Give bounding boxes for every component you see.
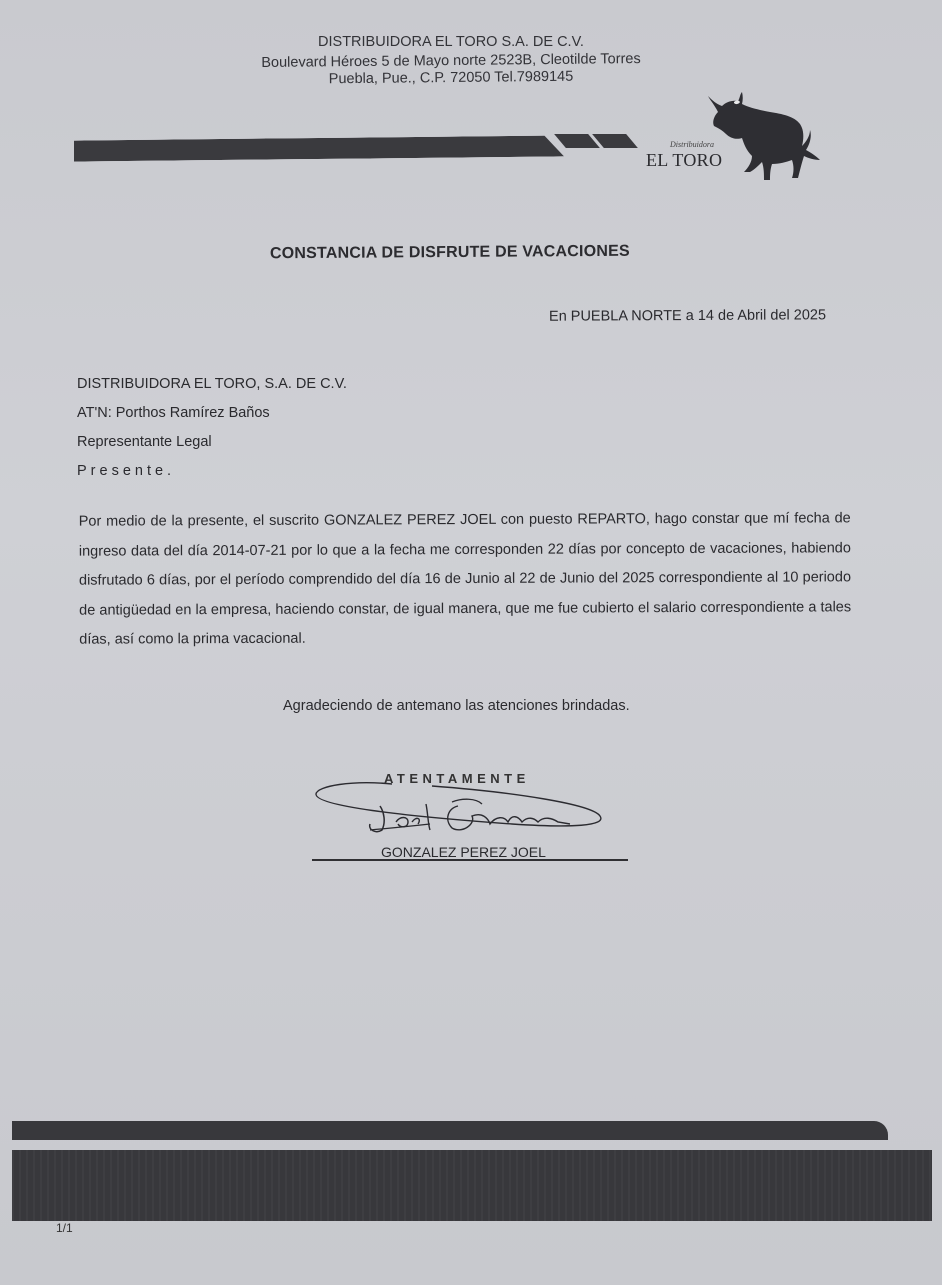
signature-salutation: ATENTAMENTE bbox=[384, 771, 530, 786]
body-paragraph: Por medio de la presente, el suscrito GO… bbox=[79, 504, 852, 655]
page-number: 1/1 bbox=[56, 1221, 73, 1235]
addressee-greeting: Presente. bbox=[77, 457, 347, 486]
logo-name: EL TORO bbox=[646, 150, 722, 171]
place-and-date: En PUEBLA NORTE a 14 de Abril del 2025 bbox=[549, 307, 826, 324]
document-page: DISTRIBUIDORA EL TORO S.A. DE C.V. Boule… bbox=[0, 0, 942, 1285]
addressee-block: DISTRIBUIDORA EL TORO, S.A. DE C.V. AT'N… bbox=[77, 370, 347, 486]
company-logo: Distribuidora EL TORO bbox=[640, 90, 830, 185]
signature-line bbox=[312, 859, 628, 861]
closing-line: Agradeciendo de antemano las atenciones … bbox=[283, 698, 630, 714]
bull-icon bbox=[706, 90, 826, 185]
header-decorative-bar bbox=[74, 135, 564, 161]
signer-name: GONZALEZ PEREZ JOEL bbox=[381, 844, 546, 860]
letterhead-company: DISTRIBUIDORA EL TORO S.A. DE C.V. bbox=[0, 34, 922, 50]
addressee-attention: AT'N: Porthos Ramírez Baños bbox=[77, 399, 347, 428]
document-title: CONSTANCIA DE DISFRUTE DE VACACIONES bbox=[270, 243, 630, 264]
addressee-role: Representante Legal bbox=[77, 428, 347, 457]
footer-decorative-bar bbox=[12, 1121, 888, 1140]
header-dash bbox=[592, 134, 638, 148]
footer-decorative-band bbox=[12, 1150, 932, 1221]
addressee-company: DISTRIBUIDORA EL TORO, S.A. DE C.V. bbox=[77, 370, 347, 399]
logo-subtitle: Distribuidora bbox=[670, 140, 714, 149]
